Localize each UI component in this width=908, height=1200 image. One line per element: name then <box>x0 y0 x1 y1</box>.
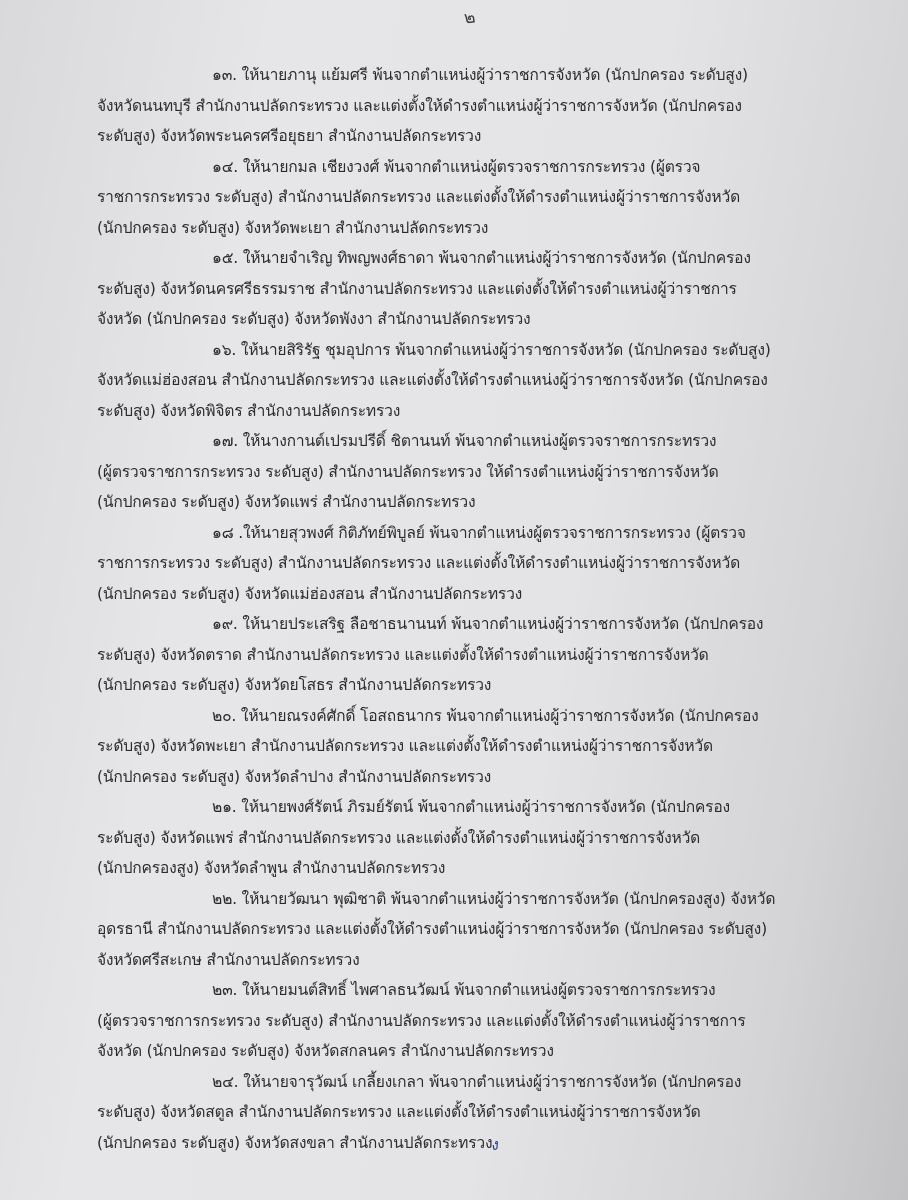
item-line-last: (นักปกครอง ระดับสูง) จังหวัดสงขลา สำนักง… <box>97 1128 847 1159</box>
item-line: ๑๗. ให้นางกานต์เปรมปรีดิ์ ชิตานนท์ พ้นจา… <box>97 426 847 457</box>
item-line: ระดับสูง) จังหวัดพะเยา สำนักงานปลัดกระทร… <box>97 731 847 762</box>
item-line: จังหวัดนนทบุรี สำนักงานปลัดกระทรวง และแต… <box>97 91 847 122</box>
item-line: ๒๒. ให้นายวัฒนา พุฒิชาติ พ้นจากตำแหน่งผู… <box>97 884 847 915</box>
appointment-item-24: ๒๔. ให้นายจารุวัฒน์ เกลี้ยงเกลา พ้นจากตำ… <box>97 1067 847 1159</box>
item-line: จังหวัด (นักปกครอง ระดับสูง) จังหวัดสกลน… <box>97 1036 847 1067</box>
item-line: ๑๓. ให้นายภานุ แย้มศรี พ้นจากตำแหน่งผู้ว… <box>97 60 847 91</box>
item-line: ราชการกระทรวง ระดับสูง) สำนักงานปลัดกระท… <box>97 182 847 213</box>
appointment-item-16: ๑๖. ให้นายสิริรัฐ ชุมอุปการ พ้นจากตำแหน่… <box>97 335 847 427</box>
appointment-item-14: ๑๔. ให้นายกมล เชียงวงศ์ พ้นจากตำแหน่งผู้… <box>97 152 847 244</box>
item-line: ระดับสูง) จังหวัดพิจิตร สำนักงานปลัดกระท… <box>97 396 847 427</box>
item-line: ๑๖. ให้นายสิริรัฐ ชุมอุปการ พ้นจากตำแหน่… <box>97 335 847 366</box>
appointment-item-23: ๒๓. ให้นายมนต์สิทธิ์ ไพศาลธนวัฒน์ พ้นจาก… <box>97 975 847 1067</box>
item-line: (นักปกครอง ระดับสูง) จังหวัดยโสธร สำนักง… <box>97 670 847 701</box>
item-line: ราชการกระทรวง ระดับสูง) สำนักงานปลัดกระท… <box>97 548 847 579</box>
item-line: (ผู้ตรวจราชการกระทรวง ระดับสูง) สำนักงาน… <box>97 457 847 488</box>
item-line: จังหวัด (นักปกครอง ระดับสูง) จังหวัดพังง… <box>97 304 847 335</box>
item-line: ระดับสูง) จังหวัดพระนครศรีอยุธยา สำนักงา… <box>97 121 847 152</box>
item-line: ๑๘ .ให้นายสุวพงศ์ กิติภัทย์พิบูลย์ พ้นจา… <box>97 518 847 549</box>
page-number: ๒ <box>462 3 477 31</box>
item-line: ๒๑. ให้นายพงศ์รัตน์ ภิรมย์รัตน์ พ้นจากตำ… <box>97 792 847 823</box>
item-line: ๑๕. ให้นายจำเริญ ทิพญพงศ์ธาดา พ้นจากตำแห… <box>97 243 847 274</box>
item-line: ระดับสูง) จังหวัดตราด สำนักงานปลัดกระทรว… <box>97 640 847 671</box>
item-line: ๒๔. ให้นายจารุวัฒน์ เกลี้ยงเกลา พ้นจากตำ… <box>97 1067 847 1098</box>
appointment-item-19: ๑๙. ให้นายประเสริฐ ลือชาธนานนท์ พ้นจากตำ… <box>97 609 847 701</box>
item-line: ระดับสูง) จังหวัดแพร่ สำนักงานปลัดกระทรว… <box>97 823 847 854</box>
item-line: จังหวัดศรีสะเกษ สำนักงานปลัดกระทรวง <box>97 945 847 976</box>
item-line: (นักปกครอง ระดับสูง) จังหวัดแพร่ สำนักงา… <box>97 487 847 518</box>
document-page: ๒ ๑๓. ให้นายภานุ แย้มศรี พ้นจากตำแหน่งผู… <box>0 0 908 1200</box>
item-line: (นักปกครอง ระดับสูง) จังหวัดแม่ฮ่องสอน ส… <box>97 579 847 610</box>
item-line-text: (นักปกครอง ระดับสูง) จังหวัดสงขลา สำนักง… <box>97 1134 492 1152</box>
item-line: ระดับสูง) จังหวัดสตูล สำนักงานปลัดกระทรว… <box>97 1097 847 1128</box>
appointment-item-13: ๑๓. ให้นายภานุ แย้มศรี พ้นจากตำแหน่งผู้ว… <box>97 60 847 152</box>
appointment-item-21: ๒๑. ให้นายพงศ์รัตน์ ภิรมย์รัตน์ พ้นจากตำ… <box>97 792 847 884</box>
item-line: จังหวัดแม่ฮ่องสอน สำนักงานปลัดกระทรวง แล… <box>97 365 847 396</box>
document-body: ๑๓. ให้นายภานุ แย้มศรี พ้นจากตำแหน่งผู้ว… <box>97 60 847 1158</box>
item-line: ๒๐. ให้นายณรงค์ศักดิ์ โอสถธนากร พ้นจากตำ… <box>97 701 847 732</box>
item-line: ๑๔. ให้นายกมล เชียงวงศ์ พ้นจากตำแหน่งผู้… <box>97 152 847 183</box>
appointment-item-18: ๑๘ .ให้นายสุวพงศ์ กิติภัทย์พิบูลย์ พ้นจา… <box>97 518 847 610</box>
appointment-item-20: ๒๐. ให้นายณรงค์ศักดิ์ โอสถธนากร พ้นจากตำ… <box>97 701 847 793</box>
item-line: อุดรธานี สำนักงานปลัดกระทรวง และแต่งตั้ง… <box>97 914 847 945</box>
handwritten-initial-mark: ง <box>488 1129 500 1160</box>
appointment-item-17: ๑๗. ให้นางกานต์เปรมปรีดิ์ ชิตานนท์ พ้นจา… <box>97 426 847 518</box>
item-line: (ผู้ตรวจราชการกระทรวง ระดับสูง) สำนักงาน… <box>97 1006 847 1037</box>
item-line: (นักปกครอง ระดับสูง) จังหวัดลำปาง สำนักง… <box>97 762 847 793</box>
item-line: (นักปกครองสูง) จังหวัดลำพูน สำนักงานปลัด… <box>97 853 847 884</box>
item-line: ๒๓. ให้นายมนต์สิทธิ์ ไพศาลธนวัฒน์ พ้นจาก… <box>97 975 847 1006</box>
item-line: ๑๙. ให้นายประเสริฐ ลือชาธนานนท์ พ้นจากตำ… <box>97 609 847 640</box>
appointment-item-22: ๒๒. ให้นายวัฒนา พุฒิชาติ พ้นจากตำแหน่งผู… <box>97 884 847 976</box>
appointment-item-15: ๑๕. ให้นายจำเริญ ทิพญพงศ์ธาดา พ้นจากตำแห… <box>97 243 847 335</box>
item-line: ระดับสูง) จังหวัดนครศรีธรรมราช สำนักงานป… <box>97 274 847 305</box>
item-line: (นักปกครอง ระดับสูง) จังหวัดพะเยา สำนักง… <box>97 213 847 244</box>
